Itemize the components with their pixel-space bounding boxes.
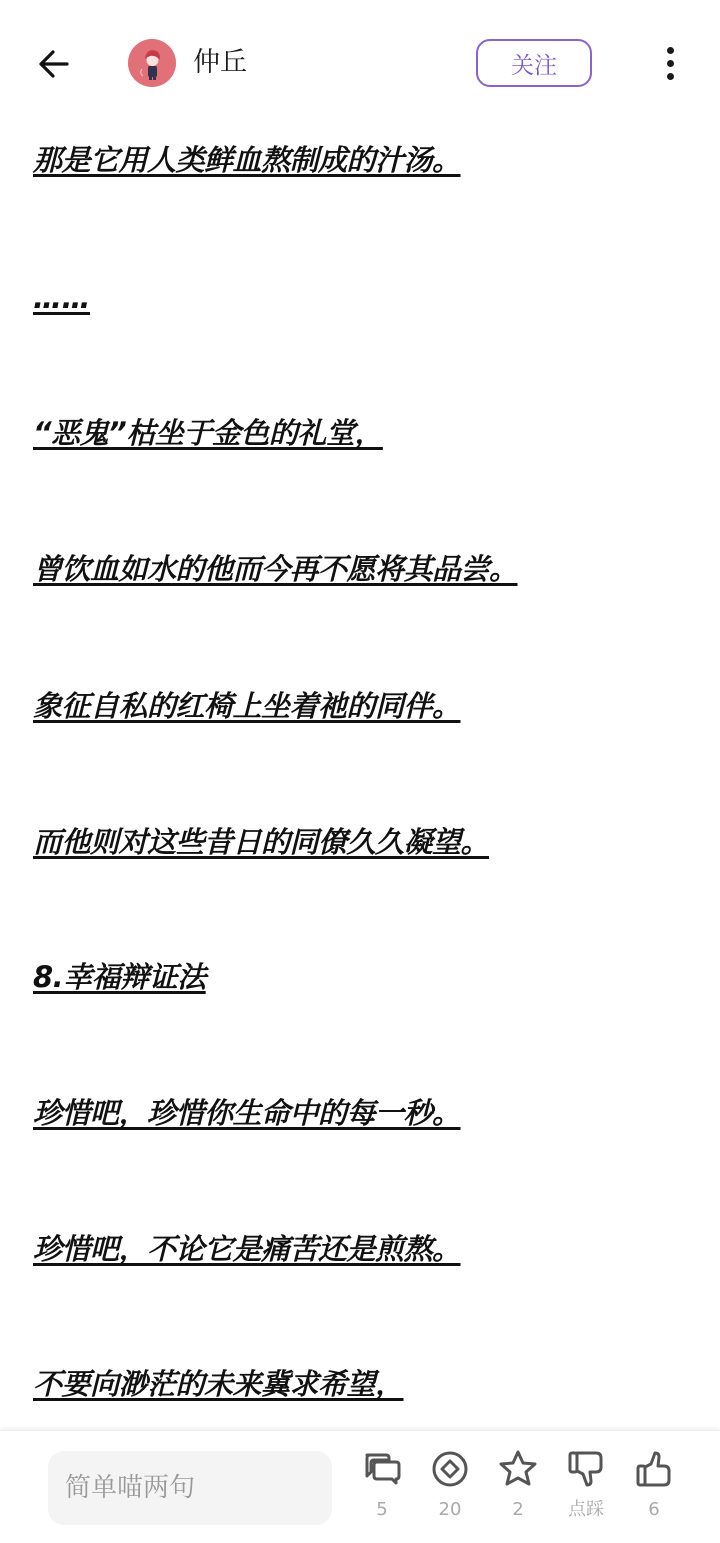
top-app-bar: 仲丘 关注 [0,0,720,126]
star-icon [498,1449,538,1489]
article-line: 曾饮血如水的他而今再不愿将其品尝。 [33,549,518,589]
follow-button[interactable]: 关注 [476,39,592,87]
article-heading: 8.幸福辩证法 [33,957,206,997]
coin-icon [430,1449,470,1489]
avatar[interactable] [128,39,176,87]
favorite-count: 2 [512,1499,523,1521]
thumbs-up-icon [634,1449,674,1489]
article-line: “恶鬼”枯坐于金色的礼堂， [33,413,383,453]
article-line: 而他则对这些昔日的同僚久久凝望。 [33,822,489,862]
arrow-left-icon [37,47,71,81]
like-count: 6 [648,1499,659,1521]
anime-girl-avatar-icon [128,39,176,87]
more-vertical-icon-dot [667,60,674,67]
article-line: 象征自私的红椅上坐着祂的同伴。 [33,686,461,726]
like-button[interactable]: 6 [624,1449,684,1529]
article-line: 珍惜吧，不论它是痛苦还是煎熬。 [33,1229,461,1269]
comments-count: 5 [376,1499,387,1521]
coin-count: 20 [439,1499,462,1521]
dislike-button[interactable]: 点踩 [556,1449,616,1529]
coin-button[interactable]: 20 [420,1449,480,1529]
article-line: 那是它用人类鲜血熬制成的汁汤。 [33,140,461,180]
comments-icon [362,1449,402,1489]
comments-button[interactable]: 5 [352,1449,412,1529]
article-line: 珍惜吧，珍惜你生命中的每一秒。 [33,1093,461,1133]
more-vertical-icon-dot [667,73,674,80]
author-name[interactable]: 仲丘 [193,44,247,82]
bottom-action-bar: 简单喵两句 5 20 2 [0,1430,720,1543]
more-options-button[interactable] [654,42,686,84]
back-button[interactable] [34,44,74,84]
dislike-label: 点踩 [568,1499,604,1521]
favorite-button[interactable]: 2 [488,1449,548,1529]
article-line: …… [33,278,90,318]
comment-input[interactable]: 简单喵两句 [48,1451,332,1525]
more-vertical-icon-dot [667,47,674,54]
thumbs-down-icon [566,1449,606,1489]
article-line: 不要向渺茫的未来冀求希望， [33,1364,404,1404]
